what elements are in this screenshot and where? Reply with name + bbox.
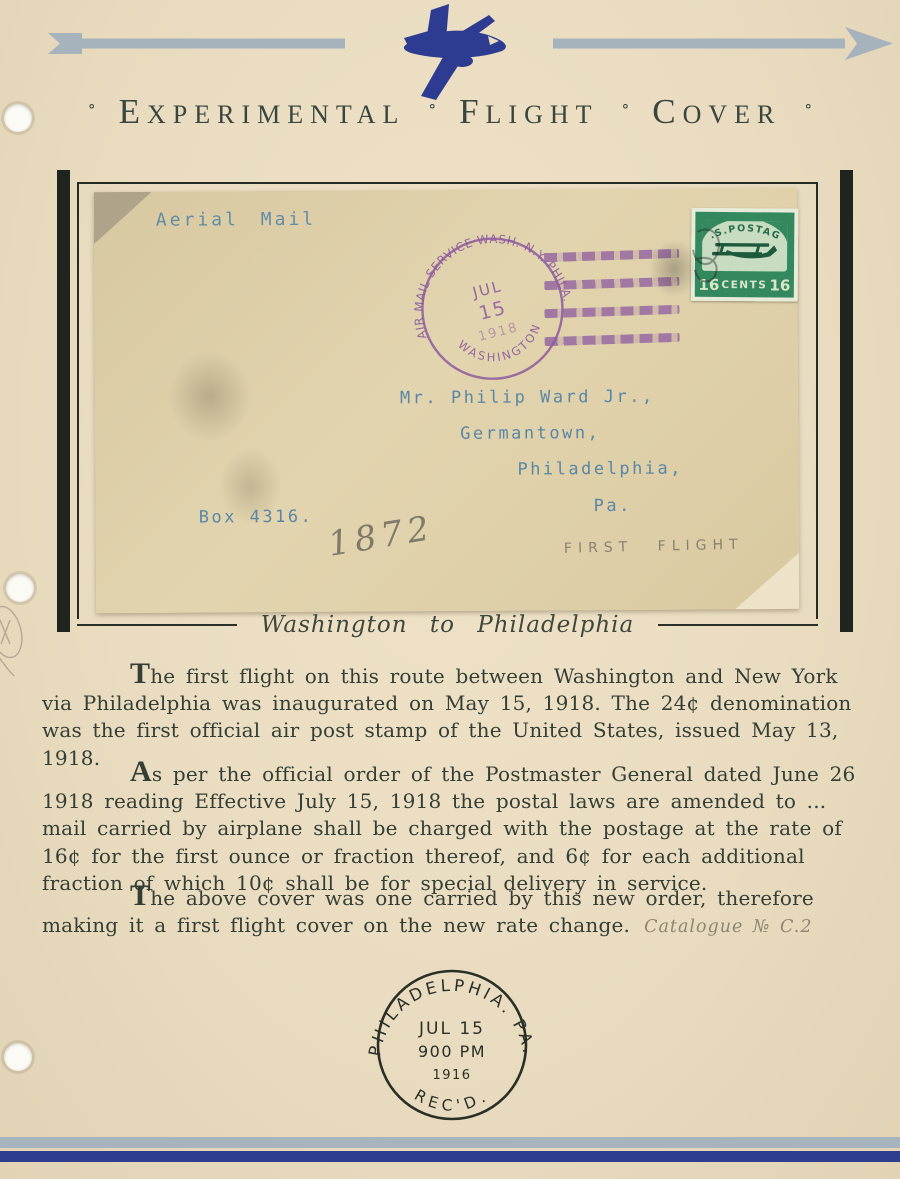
receiving-arc-bottom: REC'D.	[411, 1086, 493, 1115]
address-line-3: Philadelphia,	[517, 459, 683, 480]
pencil-first-flight-note: FIRST FLIGHT	[564, 537, 744, 557]
frame-right-bar	[840, 170, 853, 632]
killer-bar	[544, 277, 679, 290]
flight-cover-envelope: Aerial Mail AIR MAIL SERVICE WASH. N.Y. …	[94, 188, 800, 613]
pencil-number: 1872	[325, 508, 437, 565]
box-line: Box 4316.	[199, 507, 314, 528]
title-dot-icon: °	[428, 101, 436, 119]
caption-row: Washington to Philadelphia	[77, 606, 818, 644]
killer-bar	[544, 249, 679, 262]
punch-hole	[6, 574, 34, 602]
frame-top-line	[77, 182, 818, 184]
title-word-cover: Cover	[652, 92, 781, 132]
initial-letter: A	[130, 755, 152, 788]
receiving-postmark: PHILADELPHIA. PA. REC'D. JUL 15 900 PM 1…	[357, 950, 547, 1140]
killer-bars	[544, 251, 685, 364]
receiving-year: 1916	[432, 1068, 471, 1083]
stamp-value-label: CENTS	[721, 279, 767, 291]
stamp-value-right: 16	[769, 276, 790, 294]
punch-hole	[4, 104, 32, 132]
stamp-value-left: 16	[698, 276, 719, 294]
address-line-2: Germantown,	[460, 423, 600, 444]
frame-right-line	[816, 182, 818, 619]
paragraph-1: The first flight on this route between W…	[42, 660, 866, 772]
bottom-band-grey	[0, 1137, 900, 1148]
paragraph-2: As per the official order of the Postmas…	[42, 758, 866, 897]
caption-rule-right	[658, 624, 818, 626]
page-title: ° Experimental ° Flight ° Cover °	[0, 92, 900, 132]
title-word-experimental: Experimental	[119, 92, 406, 132]
corner-note: Aerial Mail	[156, 209, 316, 231]
paragraph-text: he first flight on this route between Wa…	[42, 664, 852, 770]
initial-letter: T	[130, 879, 150, 912]
punch-hole	[4, 1043, 32, 1071]
catalogue-note: Catalogue № C.2	[644, 917, 812, 937]
receiving-time: 900 PM	[418, 1042, 486, 1061]
title-word-flight: Flight	[459, 92, 598, 132]
initial-letter: T	[130, 657, 150, 690]
photo-corner-bottomright	[735, 553, 799, 609]
title-dot-icon: °	[804, 101, 812, 119]
airplane-icon	[404, 4, 506, 100]
paragraph-3: The above cover was one carried by this …	[42, 882, 866, 940]
pencil-doodle	[0, 598, 40, 678]
bottom-band-navy	[0, 1151, 900, 1162]
receiving-date: JUL 15	[418, 1019, 485, 1039]
album-page: ° Experimental ° Flight ° Cover ° Aerial…	[0, 0, 900, 1179]
arrow-head-icon	[845, 27, 893, 60]
paragraph-text: s per the official order of the Postmast…	[42, 762, 855, 895]
frame-left-line	[77, 182, 79, 619]
route-caption: Washington to Philadelphia	[261, 612, 634, 638]
caption-rule-left	[77, 624, 237, 626]
killer-bar	[544, 305, 679, 318]
postmark-day: 15	[477, 297, 510, 325]
ink-smudge	[150, 331, 271, 462]
photo-corner-topleft	[94, 192, 152, 244]
frame-left-bar	[57, 170, 70, 632]
title-dot-icon: °	[622, 101, 630, 119]
address-line-4: Pa.	[594, 496, 632, 516]
title-dot-icon: °	[88, 101, 96, 119]
killer-bar	[545, 333, 680, 346]
address-line-1: Mr. Philip Ward Jr.,	[400, 387, 655, 409]
airmail-stamp: U.S.POSTAGE 16 CENTS 16	[691, 208, 799, 302]
arrow-fletch-icon	[48, 33, 82, 54]
svg-text:REC'D.: REC'D.	[411, 1086, 493, 1115]
